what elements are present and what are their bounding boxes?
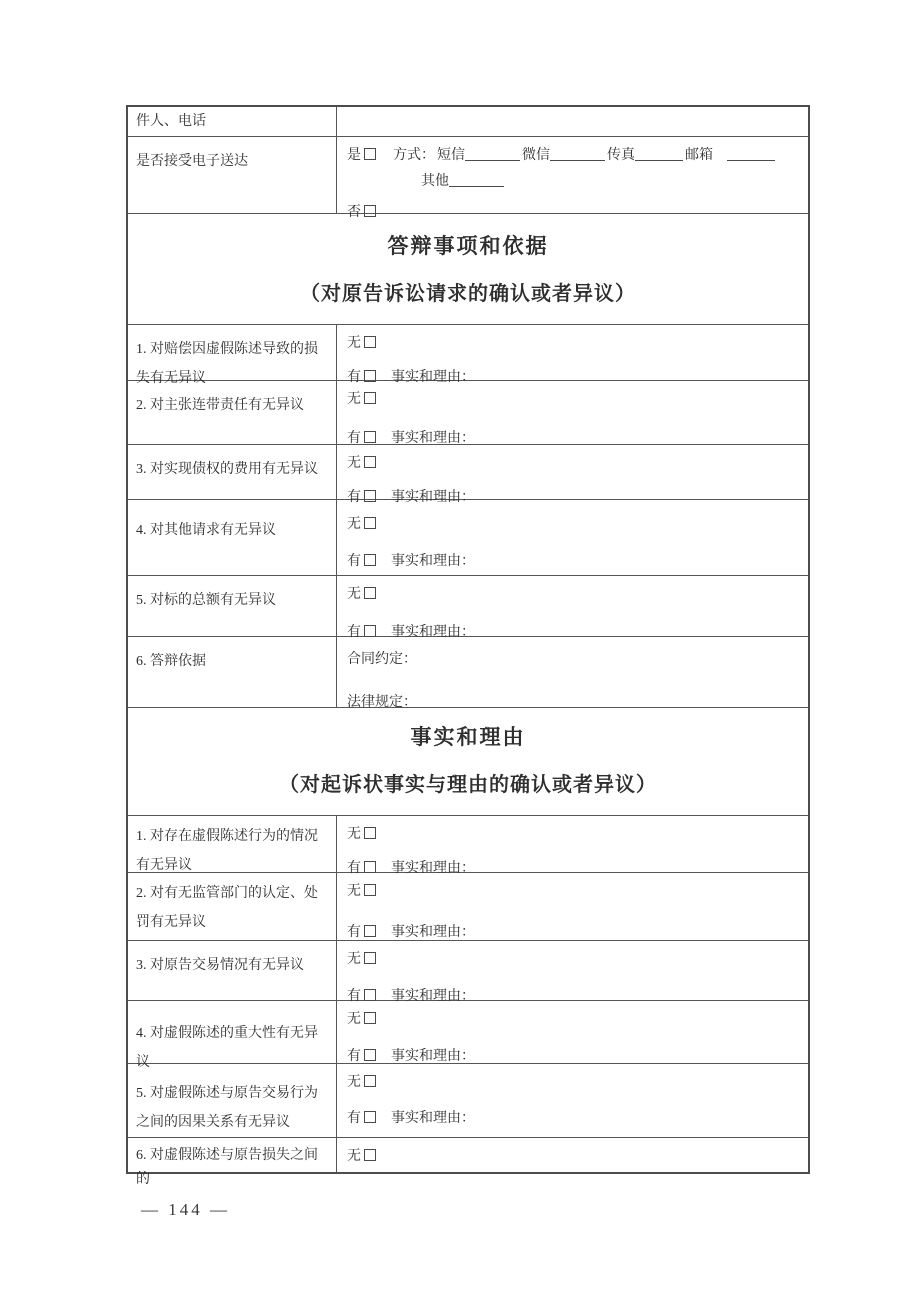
checkbox-icon bbox=[364, 884, 376, 896]
row-answer: 合同约定： 法律规定： bbox=[337, 637, 808, 707]
none-label: 无 bbox=[347, 517, 361, 532]
method-sms-label: 短信 bbox=[437, 148, 465, 163]
blank-underline bbox=[465, 148, 520, 161]
row-label: 4. 对其他请求有无异议 bbox=[128, 500, 337, 575]
edelivery-other-line: 其他 bbox=[347, 171, 802, 192]
row-label: 2. 对有无监管部门的认定、处罚有无异议 bbox=[128, 873, 337, 940]
section1-title: 答辩事项和依据 bbox=[128, 214, 808, 262]
facts-label: 事实和理由： bbox=[391, 925, 475, 940]
defense-form-table: 件人、电话 是否接受电子送达 是方式：短信微信传真邮箱 其他 否 答辩事项和依据… bbox=[126, 105, 810, 1174]
blank-underline bbox=[727, 148, 775, 161]
checkbox-icon bbox=[364, 554, 376, 566]
row-label: 2. 对主张连带责任有无异议 bbox=[128, 381, 337, 444]
method-wechat-label: 微信 bbox=[522, 148, 550, 163]
question-label: 1. 对赔偿因虚假陈述导致的损失有无异议 bbox=[136, 342, 318, 386]
table-row: 3. 对原告交易情况有无异议 无 有事实和理由： bbox=[128, 940, 808, 1000]
row-label: 件人、电话 bbox=[128, 107, 337, 136]
table-row: 5. 对虚假陈述与原告交易行为之间的因果关系有无异议 无 有事实和理由： bbox=[128, 1063, 808, 1137]
row-label: 5. 对虚假陈述与原告交易行为之间的因果关系有无异议 bbox=[128, 1064, 337, 1137]
table-row: 4. 对其他请求有无异议 无 有事实和理由： bbox=[128, 499, 808, 575]
question-label: 5. 对虚假陈述与原告交易行为之间的因果关系有无异议 bbox=[136, 1086, 318, 1130]
row-answer: 无 有事实和理由： bbox=[337, 816, 808, 872]
none-label: 无 bbox=[347, 587, 361, 602]
row-label: 4. 对虚假陈述的重大性有无异议 bbox=[128, 1001, 337, 1063]
checkbox-icon bbox=[364, 456, 376, 468]
question-label: 2. 对主张连带责任有无异议 bbox=[136, 398, 304, 413]
table-row-defense-basis: 6. 答辩依据 合同约定： 法律规定： bbox=[128, 636, 808, 707]
row-label: 5. 对标的总额有无异议 bbox=[128, 576, 337, 636]
none-label: 无 bbox=[347, 1075, 361, 1090]
table-row-truncated: 6. 对虚假陈述与原告损失之间的 无 bbox=[128, 1137, 808, 1172]
row-answer: 无 有事实和理由： bbox=[337, 1001, 808, 1063]
question-label: 2. 对有无监管部门的认定、处罚有无异议 bbox=[136, 886, 318, 930]
checkbox-icon bbox=[364, 925, 376, 937]
checkbox-icon bbox=[364, 1075, 376, 1087]
checkbox-icon bbox=[364, 148, 376, 160]
none-label: 无 bbox=[347, 1149, 361, 1164]
section2-title: 事实和理由 bbox=[128, 708, 808, 753]
facts-label: 事实和理由： bbox=[391, 1111, 475, 1126]
question-label: 5. 对标的总额有无异议 bbox=[136, 593, 276, 608]
edelivery-yes-line: 是方式：短信微信传真邮箱 bbox=[347, 145, 802, 166]
section1-header: 答辩事项和依据 （对原告诉讼请求的确认或者异议） bbox=[128, 213, 808, 324]
checkbox-icon bbox=[364, 392, 376, 404]
contract-terms-line: 合同约定： bbox=[347, 649, 802, 670]
table-row: 5. 对标的总额有无异议 无 有事实和理由： bbox=[128, 575, 808, 636]
checkbox-icon bbox=[364, 989, 376, 1001]
facts-label: 事实和理由： bbox=[391, 431, 475, 446]
checkbox-icon bbox=[364, 861, 376, 873]
question-label: 1. 对存在虚假陈述行为的情况有无异议 bbox=[136, 829, 318, 873]
row-answer: 无 有事实和理由： bbox=[337, 500, 808, 575]
contact-value-cell bbox=[337, 107, 808, 136]
checkbox-icon bbox=[364, 431, 376, 443]
row-answer: 无 有事实和理由： bbox=[337, 325, 808, 380]
table-row: 1. 对存在虚假陈述行为的情况有无异议 无 有事实和理由： bbox=[128, 815, 808, 872]
have-label: 有 bbox=[347, 1111, 361, 1126]
table-row: 3. 对实现债权的费用有无异议 无 有事实和理由： bbox=[128, 444, 808, 499]
method-email-label: 邮箱 bbox=[685, 148, 713, 163]
table-row-contact: 件人、电话 bbox=[128, 107, 808, 136]
blank-underline bbox=[449, 174, 504, 187]
question-label: 3. 对原告交易情况有无异议 bbox=[136, 958, 304, 973]
none-label: 无 bbox=[347, 392, 361, 407]
checkbox-icon bbox=[364, 336, 376, 348]
none-label: 无 bbox=[347, 827, 361, 842]
have-label: 有 bbox=[347, 925, 361, 940]
row-label: 3. 对实现债权的费用有无异议 bbox=[128, 445, 337, 499]
question-label: 6. 对虚假陈述与原告损失之间的 bbox=[136, 1148, 318, 1187]
none-label: 无 bbox=[347, 456, 361, 471]
row-label: 1. 对赔偿因虚假陈述导致的损失有无异议 bbox=[128, 325, 337, 380]
checkbox-icon bbox=[364, 827, 376, 839]
none-label: 无 bbox=[347, 884, 361, 899]
table-row: 2. 对主张连带责任有无异议 无 有事实和理由： bbox=[128, 380, 808, 444]
facts-label: 事实和理由： bbox=[391, 1049, 475, 1064]
section2-subtitle: （对起诉状事实与理由的确认或者异议） bbox=[128, 753, 808, 800]
edelivery-answer-cell: 是方式：短信微信传真邮箱 其他 否 bbox=[337, 137, 808, 213]
method-label: 方式： bbox=[393, 148, 435, 163]
row-answer: 无 有事实和理由： bbox=[337, 1064, 808, 1137]
row-label: 3. 对原告交易情况有无异议 bbox=[128, 941, 337, 1000]
question-label: 6. 答辩依据 bbox=[136, 654, 206, 669]
row-answer: 无 bbox=[337, 1138, 808, 1172]
checkbox-icon bbox=[364, 517, 376, 529]
edelivery-label: 是否接受电子送达 bbox=[136, 154, 248, 169]
checkbox-icon bbox=[364, 1111, 376, 1123]
question-label: 3. 对实现债权的费用有无异议 bbox=[136, 462, 318, 477]
checkbox-icon bbox=[364, 1149, 376, 1161]
have-label: 有 bbox=[347, 431, 361, 446]
section2-header: 事实和理由 （对起诉状事实与理由的确认或者异议） bbox=[128, 707, 808, 815]
other-label: 其他 bbox=[421, 174, 449, 189]
method-fax-label: 传真 bbox=[607, 148, 635, 163]
blank-underline bbox=[550, 148, 605, 161]
contact-label: 件人、电话 bbox=[136, 114, 206, 129]
table-row: 1. 对赔偿因虚假陈述导致的损失有无异议 无 有事实和理由： bbox=[128, 324, 808, 380]
row-label: 6. 对虚假陈述与原告损失之间的 bbox=[128, 1138, 337, 1172]
checkbox-icon bbox=[364, 952, 376, 964]
table-row: 4. 对虚假陈述的重大性有无异议 无 有事实和理由： bbox=[128, 1000, 808, 1063]
none-label: 无 bbox=[347, 952, 361, 967]
row-answer: 无 有事实和理由： bbox=[337, 941, 808, 1000]
question-label: 4. 对其他请求有无异议 bbox=[136, 523, 276, 538]
section2-header-inner: 事实和理由 （对起诉状事实与理由的确认或者异议） bbox=[128, 708, 808, 815]
row-answer: 无 有事实和理由： bbox=[337, 576, 808, 636]
page-number: — 144 — bbox=[141, 1200, 230, 1220]
have-label: 有 bbox=[347, 1049, 361, 1064]
blank-underline bbox=[635, 148, 683, 161]
row-label: 1. 对存在虚假陈述行为的情况有无异议 bbox=[128, 816, 337, 872]
checkbox-icon bbox=[364, 625, 376, 637]
section1-header-inner: 答辩事项和依据 （对原告诉讼请求的确认或者异议） bbox=[128, 214, 808, 324]
none-label: 无 bbox=[347, 336, 361, 351]
table-row-edelivery: 是否接受电子送达 是方式：短信微信传真邮箱 其他 否 bbox=[128, 136, 808, 213]
yes-label: 是 bbox=[347, 148, 361, 163]
have-label: 有 bbox=[347, 554, 361, 569]
none-label: 无 bbox=[347, 1012, 361, 1027]
facts-label: 事实和理由： bbox=[391, 554, 475, 569]
row-answer: 无 有事实和理由： bbox=[337, 873, 808, 940]
checkbox-icon bbox=[364, 1049, 376, 1061]
row-answer: 无 有事实和理由： bbox=[337, 381, 808, 444]
section1-subtitle: （对原告诉讼请求的确认或者异议） bbox=[128, 262, 808, 309]
row-label: 6. 答辩依据 bbox=[128, 637, 337, 707]
row-label: 是否接受电子送达 bbox=[128, 137, 337, 213]
checkbox-icon bbox=[364, 1012, 376, 1024]
checkbox-icon bbox=[364, 587, 376, 599]
row-answer: 无 有事实和理由： bbox=[337, 445, 808, 499]
table-row: 2. 对有无监管部门的认定、处罚有无异议 无 有事实和理由： bbox=[128, 872, 808, 940]
